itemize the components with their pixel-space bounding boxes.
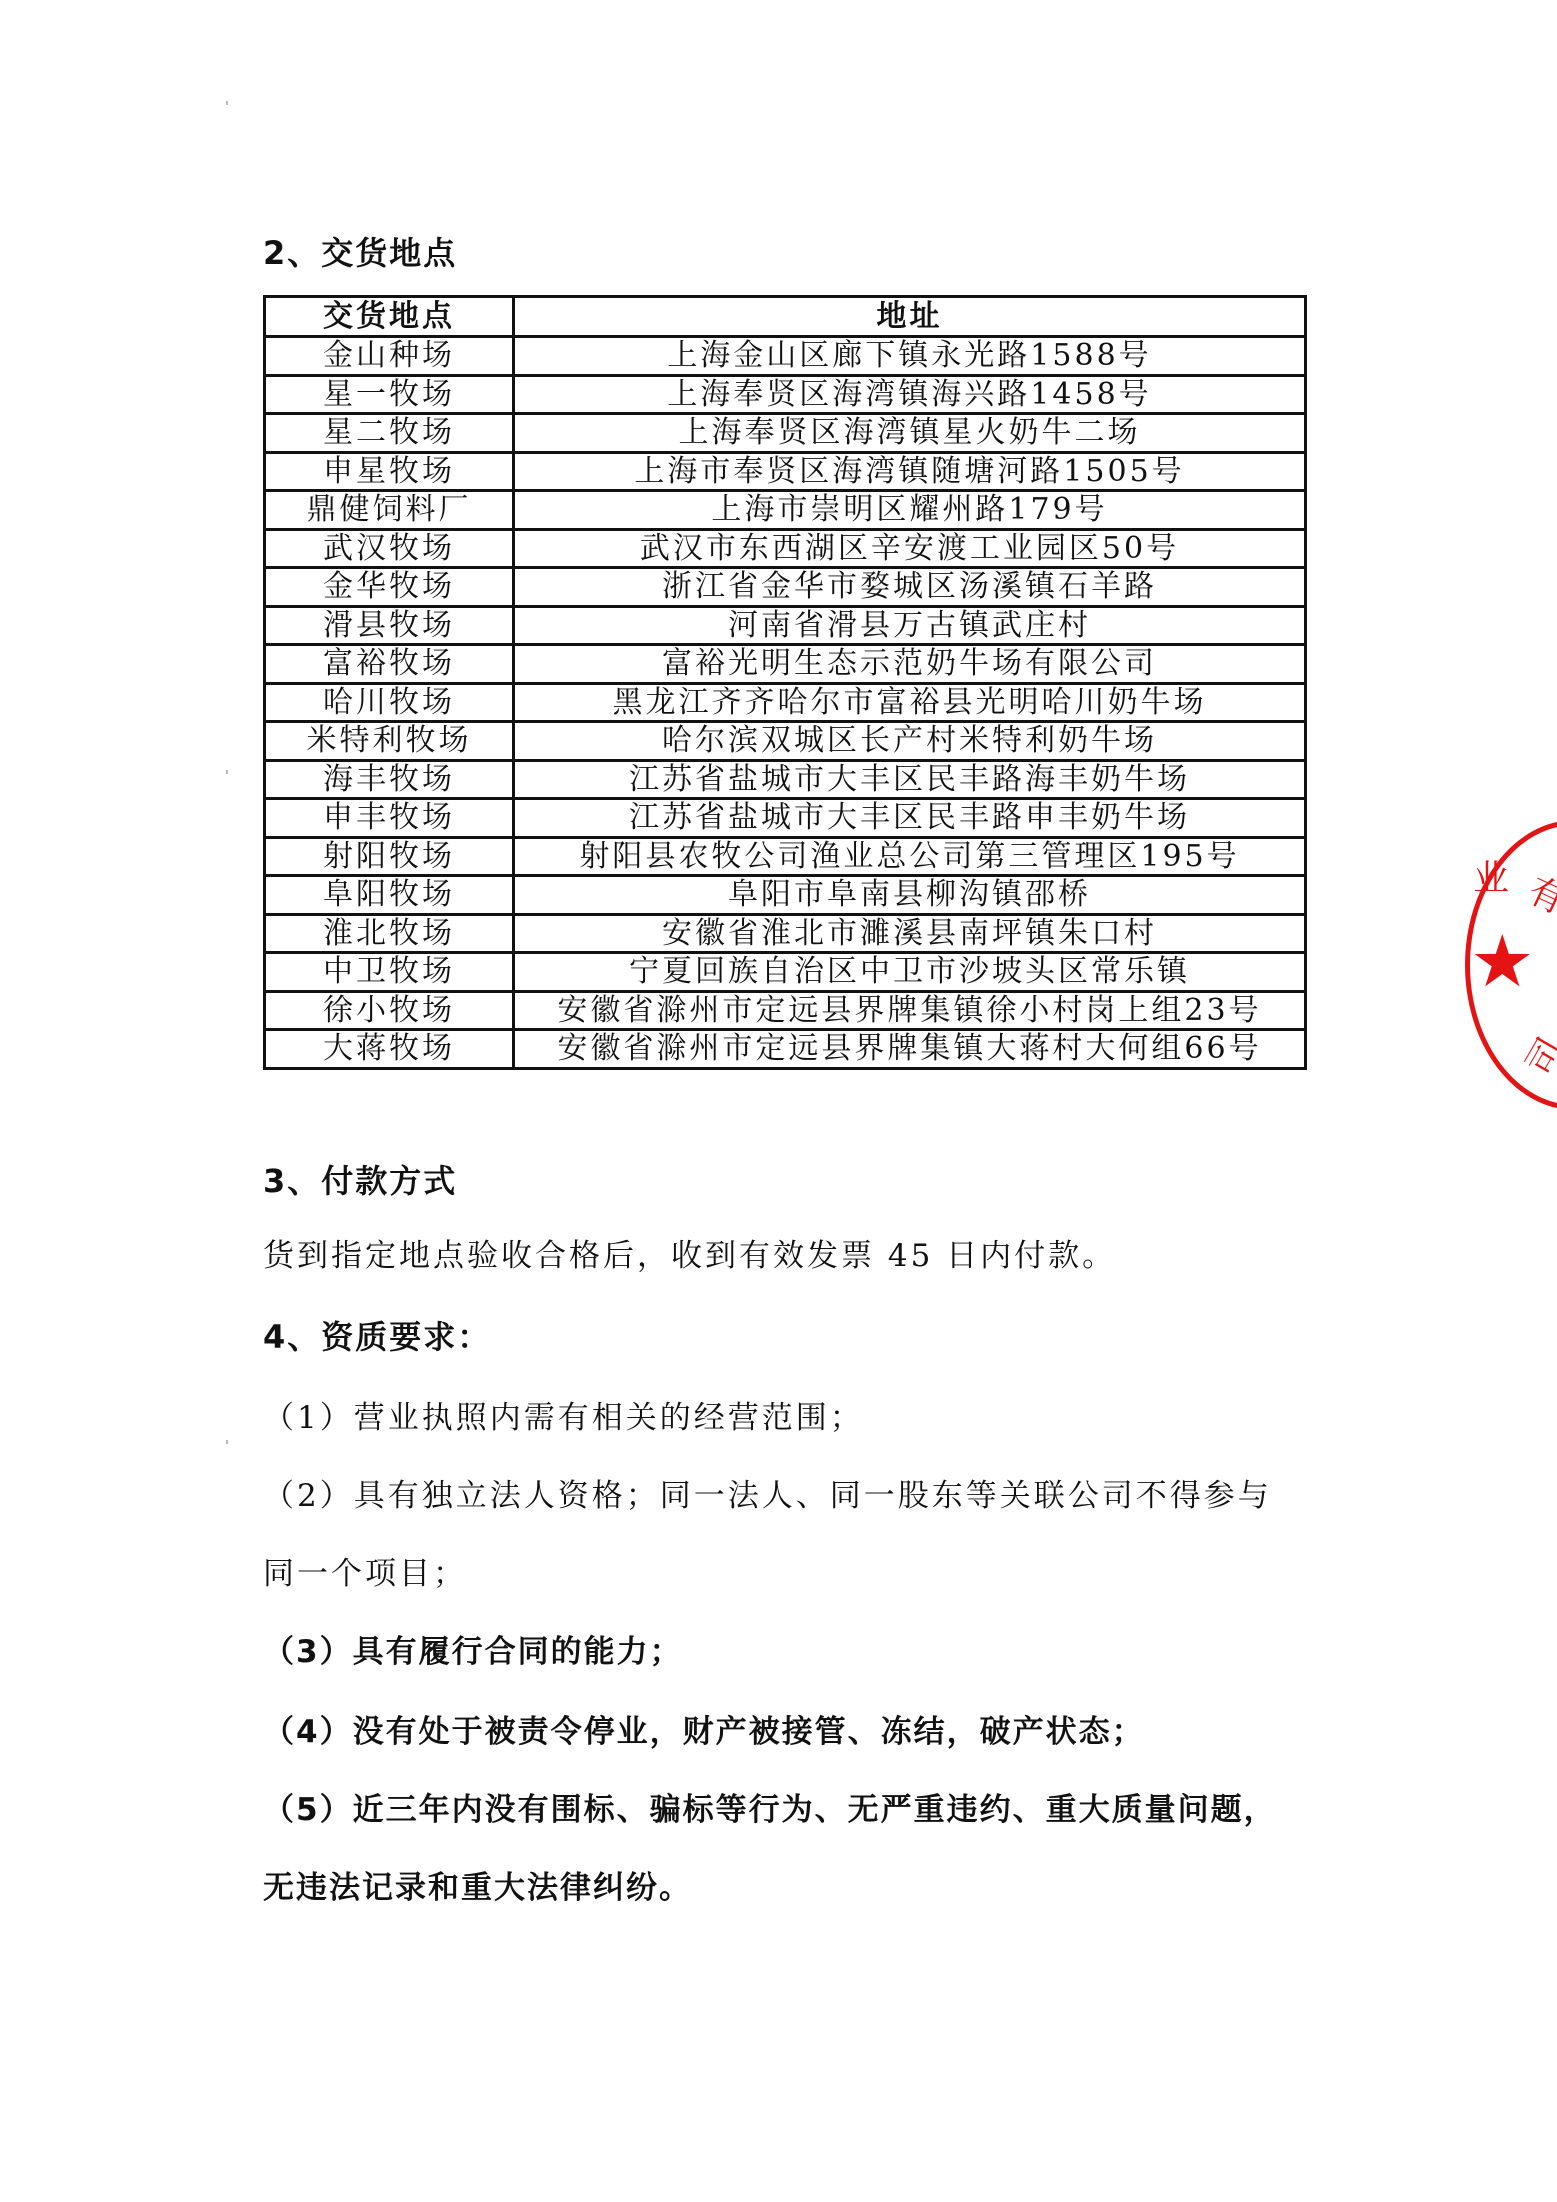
location-cell: 富裕牧场 xyxy=(265,645,514,684)
header-location: 交货地点 xyxy=(265,297,514,337)
requirement-4: （4）没有处于被责令停业，财产被接管、冻结，破产状态； xyxy=(263,1706,1145,1751)
table-row: 米特利牧场哈尔滨双城区长产村米特利奶牛场 xyxy=(265,722,1306,761)
table-row: 滑县牧场河南省滑县万古镇武庄村 xyxy=(265,606,1306,645)
address-cell: 上海市崇明区耀州路179号 xyxy=(514,491,1306,530)
location-cell: 滑县牧场 xyxy=(265,606,514,645)
address-cell: 武汉市东西湖区辛安渡工业园区50号 xyxy=(514,529,1306,568)
address-cell: 上海市奉贤区海湾镇随塘河路1505号 xyxy=(514,452,1306,491)
seal-char: 业 xyxy=(1473,850,1509,901)
requirement-2: （2）具有独立法人资格；同一法人、同一股东等关联公司不得参与 xyxy=(263,1470,1272,1515)
address-cell: 哈尔滨双城区长产村米特利奶牛场 xyxy=(514,722,1306,761)
table-row: 星一牧场上海奉贤区海湾镇海兴路1458号 xyxy=(265,375,1306,414)
scan-speck xyxy=(226,101,228,105)
location-cell: 米特利牧场 xyxy=(265,722,514,761)
location-cell: 金华牧场 xyxy=(265,568,514,607)
table-row: 申丰牧场江苏省盐城市大丰区民丰路申丰奶牛场 xyxy=(265,799,1306,838)
requirement-1: （1）营业执照内需有相关的经营范围； xyxy=(263,1392,864,1437)
location-cell: 中卫牧场 xyxy=(265,953,514,992)
location-cell: 徐小牧场 xyxy=(265,991,514,1030)
location-cell: 申丰牧场 xyxy=(265,799,514,838)
location-cell: 星一牧场 xyxy=(265,375,514,414)
section-4-title: 4、资质要求： xyxy=(263,1312,491,1358)
address-cell: 浙江省金华市婺城区汤溪镇石羊路 xyxy=(514,568,1306,607)
location-cell: 哈川牧场 xyxy=(265,683,514,722)
address-cell: 安徽省滁州市定远县界牌集镇大蒋村大何组66号 xyxy=(514,1030,1306,1069)
requirement-2-cont: 同一个项目； xyxy=(263,1548,467,1593)
requirement-5: （5）近三年内没有围标、骗标等行为、无严重违约、重大质量问题， xyxy=(263,1784,1277,1829)
table-header-row: 交货地点 地址 xyxy=(265,297,1306,337)
table-row: 金华牧场浙江省金华市婺城区汤溪镇石羊路 xyxy=(265,568,1306,607)
location-cell: 武汉牧场 xyxy=(265,529,514,568)
address-cell: 富裕光明生态示范奶牛场有限公司 xyxy=(514,645,1306,684)
table-row: 金山种场上海金山区廊下镇永光路1588号 xyxy=(265,337,1306,376)
requirement-5-cont: 无违法记录和重大法律纠纷。 xyxy=(263,1862,692,1907)
table-row: 申星牧场上海市奉贤区海湾镇随塘河路1505号 xyxy=(265,452,1306,491)
location-cell: 金山种场 xyxy=(265,337,514,376)
location-cell: 星二牧场 xyxy=(265,414,514,453)
table-row: 哈川牧场黑龙江齐齐哈尔市富裕县光明哈川奶牛场 xyxy=(265,683,1306,722)
address-cell: 河南省滑县万古镇武庄村 xyxy=(514,606,1306,645)
table-row: 大蒋牧场安徽省滁州市定远县界牌集镇大蒋村大何组66号 xyxy=(265,1030,1306,1069)
section-3-title: 3、付款方式 xyxy=(263,1156,457,1202)
location-cell: 鼎健饲料厂 xyxy=(265,491,514,530)
location-cell: 申星牧场 xyxy=(265,452,514,491)
location-cell: 阜阳牧场 xyxy=(265,876,514,915)
table-row: 徐小牧场安徽省滁州市定远县界牌集镇徐小村岗上组23号 xyxy=(265,991,1306,1030)
location-cell: 淮北牧场 xyxy=(265,914,514,953)
scan-speck xyxy=(226,770,228,774)
address-cell: 安徽省淮北市濉溪县南坪镇朱口村 xyxy=(514,914,1306,953)
scan-speck xyxy=(226,1440,228,1444)
table-row: 中卫牧场宁夏回族自治区中卫市沙坡头区常乐镇 xyxy=(265,953,1306,992)
table-row: 鼎健饲料厂上海市崇明区耀州路179号 xyxy=(265,491,1306,530)
table-row: 星二牧场上海奉贤区海湾镇星火奶牛二场 xyxy=(265,414,1306,453)
requirement-3: （3）具有履行合同的能力； xyxy=(263,1626,683,1671)
address-cell: 江苏省盐城市大丰区民丰路申丰奶牛场 xyxy=(514,799,1306,838)
table-row: 富裕牧场富裕光明生态示范奶牛场有限公司 xyxy=(265,645,1306,684)
address-cell: 宁夏回族自治区中卫市沙坡头区常乐镇 xyxy=(514,953,1306,992)
address-cell: 黑龙江齐齐哈尔市富裕县光明哈川奶牛场 xyxy=(514,683,1306,722)
table-row: 阜阳牧场阜阳市阜南县柳沟镇邵桥 xyxy=(265,876,1306,915)
payment-terms-text: 货到指定地点验收合格后，收到有效发票 45 日内付款。 xyxy=(263,1230,1116,1275)
table-row: 射阳牧场射阳县农牧公司渔业总公司第三管理区195号 xyxy=(265,837,1306,876)
delivery-locations-table: 交货地点 地址 金山种场上海金山区廊下镇永光路1588号星一牧场上海奉贤区海湾镇… xyxy=(263,295,1307,1070)
header-address: 地址 xyxy=(514,297,1306,337)
address-cell: 阜阳市阜南县柳沟镇邵桥 xyxy=(514,876,1306,915)
address-cell: 安徽省滁州市定远县界牌集镇徐小村岗上组23号 xyxy=(514,991,1306,1030)
address-cell: 上海奉贤区海湾镇星火奶牛二场 xyxy=(514,414,1306,453)
address-cell: 射阳县农牧公司渔业总公司第三管理区195号 xyxy=(514,837,1306,876)
location-cell: 射阳牧场 xyxy=(265,837,514,876)
table-row: 海丰牧场江苏省盐城市大丰区民丰路海丰奶牛场 xyxy=(265,760,1306,799)
table-row: 武汉牧场武汉市东西湖区辛安渡工业园区50号 xyxy=(265,529,1306,568)
address-cell: 上海奉贤区海湾镇海兴路1458号 xyxy=(514,375,1306,414)
address-cell: 上海金山区廊下镇永光路1588号 xyxy=(514,337,1306,376)
star-icon: ★ xyxy=(1470,925,1535,997)
table-row: 淮北牧场安徽省淮北市濉溪县南坪镇朱口村 xyxy=(265,914,1306,953)
address-cell: 江苏省盐城市大丰区民丰路海丰奶牛场 xyxy=(514,760,1306,799)
location-cell: 海丰牧场 xyxy=(265,760,514,799)
section-2-title: 2、交货地点 xyxy=(263,228,457,274)
location-cell: 大蒋牧场 xyxy=(265,1030,514,1069)
